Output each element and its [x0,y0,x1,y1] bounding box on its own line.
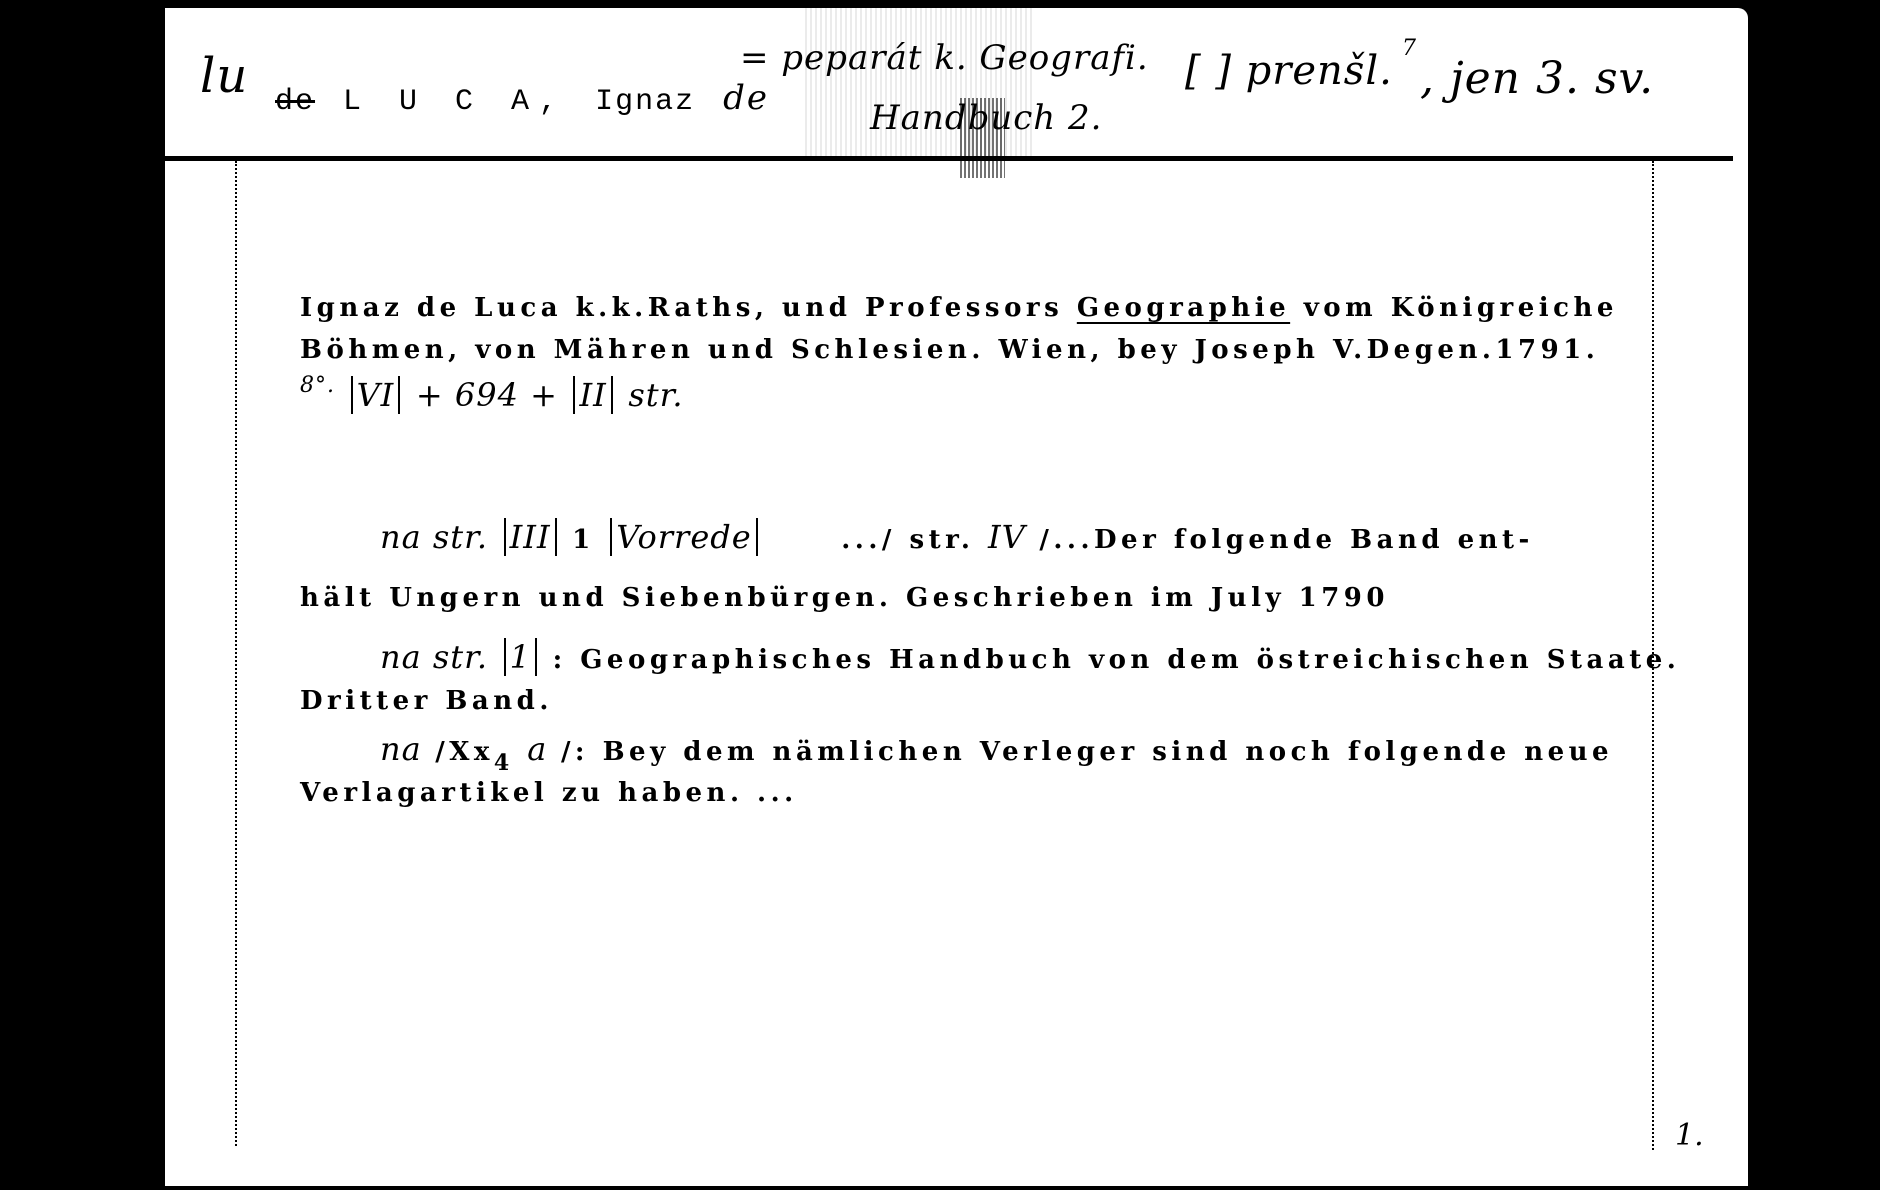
header-rule [165,156,1733,161]
entry-3-hand: a [527,730,547,768]
collation-line: 8°. VI + 694 + II str. [300,373,684,414]
entry-2-text: : Geographisches Handbuch von dem östrei… [553,645,1681,675]
entry-3-text: /: Bey dem nämlichen Verleger sind noch … [561,737,1613,767]
entry-1-text-1: 1 [572,525,595,555]
entry-1-bracket: III [504,518,557,556]
card-header: lu de L U C A, Ignaz de = peparát k. Geo… [165,8,1748,156]
entry-1-bracket-2: Vorrede [610,518,757,556]
note-right-sup: 7 [1402,36,1417,61]
page-number: 1. [1675,1118,1704,1153]
collation-bracket-2: II [573,376,612,414]
entry-2-prefix: na str. [380,638,488,676]
surname: L U C A, [343,85,567,119]
entry-3-continuation: Verlagartikel zu haben. ... [300,778,798,808]
entry-3-subscript: 4 [494,750,514,776]
note-right: [ ] prenšl. [1185,48,1393,94]
entry-1-hand-2: IV [988,518,1026,556]
note-line-2: Handbuch 2. [870,98,1102,138]
struck-particle: de [275,85,315,119]
entry-1-text-3: /...Der folgende Band ent- [1039,525,1534,555]
left-margin-guide [235,161,237,1146]
entry-2-bracket: 1 [504,638,537,676]
catalog-card: lu de L U C A, Ignaz de = peparát k. Geo… [165,8,1748,1186]
entry-2-continuation: Dritter Band. [300,686,553,716]
heading-name: de L U C A, Ignaz de [275,78,769,119]
entry-3: na /Xx4 a /: Bey dem nämlichen Verleger … [380,730,1613,776]
entry-1-continuation: hält Ungern und Siebenbürgen. Geschriebe… [300,583,1389,613]
annotation-left: lu [200,48,248,104]
entry-2: na str. 1 : Geographisches Handbuch von … [380,638,1680,676]
given-name: Ignaz [595,85,695,119]
note-line-1: = peparát k. Geografi. [740,38,1149,78]
title-text: Ignaz de Luca k.k.Raths, und Professors [300,293,1063,323]
entry-1-prefix: na str. [380,518,488,556]
title-end: vom Königreiche [1304,293,1618,323]
title-line-2: Böhmen, von Mähren und Schlesien. Wien, … [300,335,1599,365]
given-name-particle: de [723,78,769,118]
collation-bracket-1: VI [351,376,401,414]
entry-1: na str. III 1 Vorrede .../ str. IV /...D… [380,518,1534,556]
entry-3-signature: /Xx [435,737,494,767]
collation-pages: + 694 + [416,376,558,414]
collation-format: 8°. [300,373,335,398]
entry-3-prefix: na [380,730,422,768]
note-far-right: , jen 3. sv. [1420,53,1654,104]
entry-1-text-2: .../ str. [841,525,974,555]
title-line-1: Ignaz de Luca k.k.Raths, und Professors … [300,293,1618,323]
collation-suffix: str. [628,376,683,414]
title-underlined: Geographie [1077,293,1290,323]
